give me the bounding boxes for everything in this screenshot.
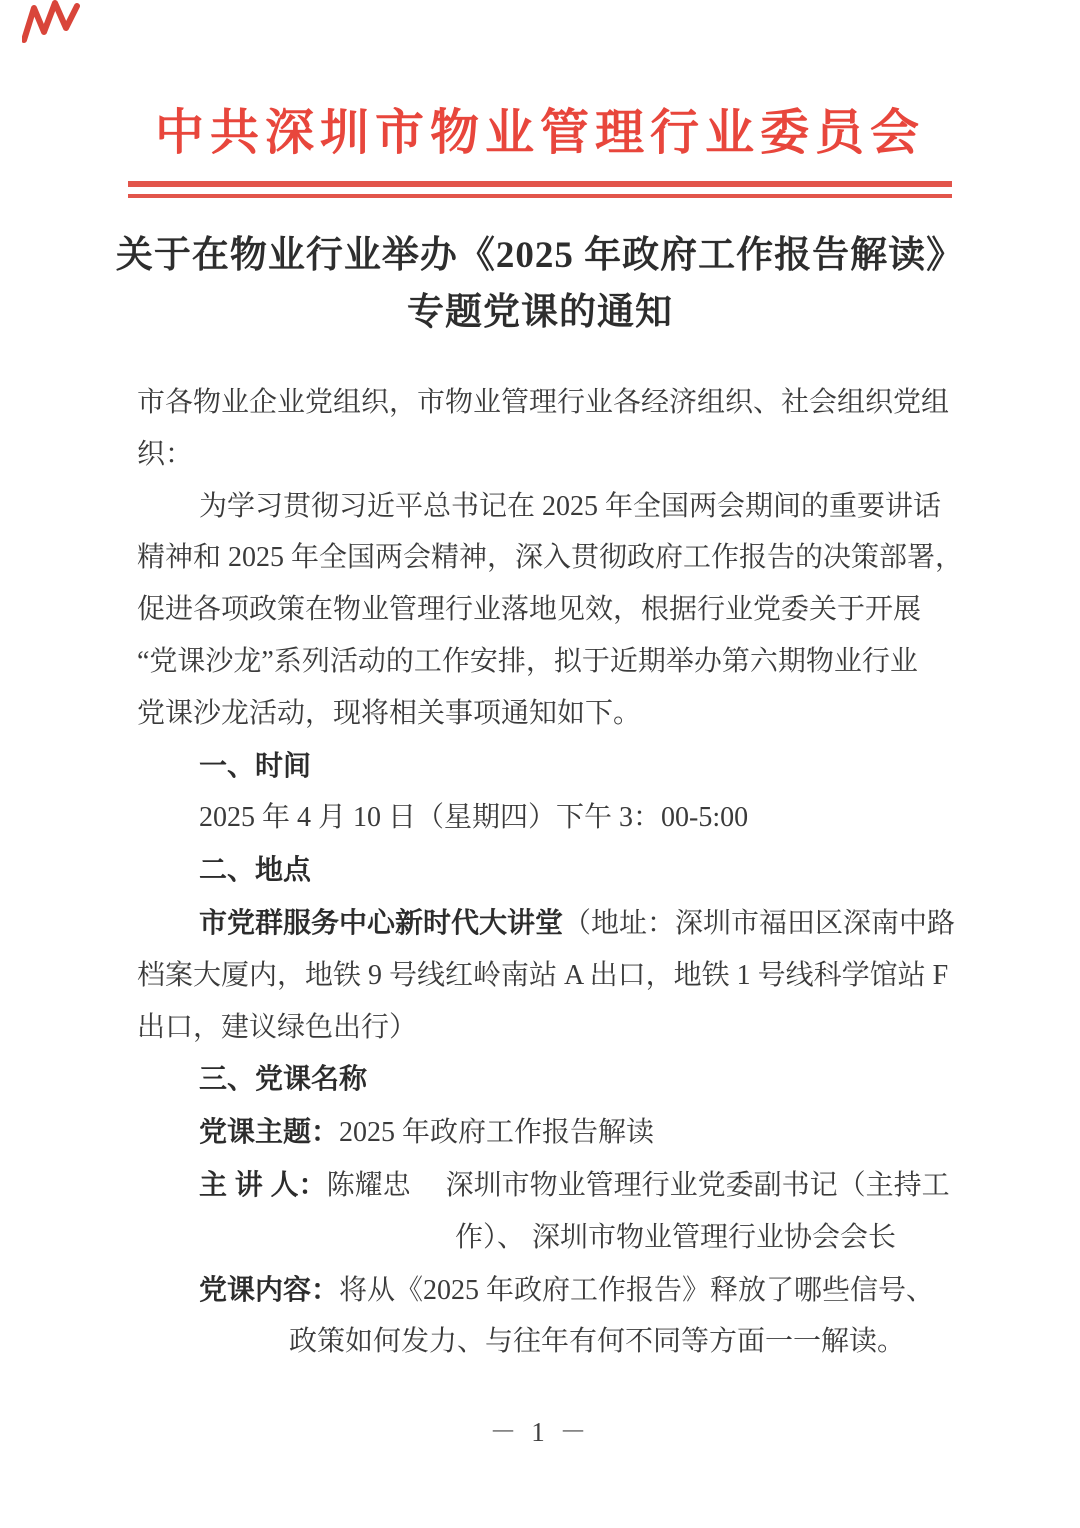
body-line: 为学习贯彻习近平总书记在 2025 年全国两会期间的重要讲话: [137, 481, 952, 533]
body-segment-bold: 党课主题：: [199, 1116, 339, 1147]
body-segment: 精神和 2025 年全国两会精神，深入贯彻政府工作报告的决策部署，: [137, 542, 963, 573]
body-line: 政策如何发力、与往年有何不同等方面一一解读。: [137, 1316, 952, 1368]
letterhead-org-name: 中共深圳市物业管理行业委员会: [0, 94, 1080, 164]
body-segment: （地址：深圳市福田区深南中路: [563, 908, 955, 939]
body-line: 党课沙龙活动，现将相关事项通知如下。: [137, 688, 952, 740]
letterhead-rule-bottom: [128, 194, 952, 198]
body-line: 档案大厦内，地铁 9 号线红岭南站 A 出口，地铁 1 号线科学馆站 F: [137, 950, 952, 1002]
body-line: 出口，建议绿色出行）: [137, 1002, 952, 1054]
body-line: 2025 年 4 月 10 日（星期四）下午 3：00-5:00: [137, 792, 952, 844]
body-segment: 陈耀忠 深圳市物业管理行业党委副书记（主持工: [327, 1170, 950, 1201]
body-line: 精神和 2025 年全国两会精神，深入贯彻政府工作报告的决策部署，: [137, 532, 952, 584]
body-segment: 政策如何发力、与往年有何不同等方面一一解读。: [289, 1326, 905, 1357]
body-segment: 档案大厦内，地铁 9 号线红岭南站 A 出口，地铁 1 号线科学馆站 F: [137, 960, 948, 991]
body-segment: 出口，建议绿色出行）: [137, 1012, 417, 1043]
body-segment: 作）、 深圳市物业管理行业协会会长: [455, 1222, 896, 1253]
body-segment: 2025 年 4 月 10 日（星期四）下午 3：00-5:00: [199, 802, 748, 833]
body-segment: 市各物业企业党组织，市物业管理行业各经济组织、社会组织党组: [137, 387, 949, 418]
document-title: 关于在物业行业举办《2025 年政府工作报告解读》 专题党课的通知: [0, 227, 1080, 341]
body-segment: 将从《2025 年政府工作报告》释放了哪些信号、: [339, 1275, 934, 1306]
body-line: 党课内容：将从《2025 年政府工作报告》释放了哪些信号、: [137, 1264, 952, 1317]
body-segment-bold: 主 讲 人：: [199, 1169, 327, 1200]
body-segment-bold: 三、党课名称: [199, 1063, 367, 1094]
body-line: 一、时间: [137, 740, 952, 793]
page-number: － 1 －: [0, 1410, 1080, 1449]
body-line: 织：: [137, 429, 952, 481]
body-line: 市党群服务中心新时代大讲堂（地址：深圳市福田区深南中路: [137, 897, 952, 950]
body-line: 促进各项政策在物业管理行业落地见效，根据行业党委关于开展: [137, 584, 952, 636]
body-line: 党课主题：2025 年政府工作报告解读: [137, 1106, 952, 1159]
document-page: 中共深圳市物业管理行业委员会 关于在物业行业举办《2025 年政府工作报告解读》…: [0, 0, 1080, 1528]
body-segment: “党课沙龙”系列活动的工作安排，拟于近期举办第六期物业行业: [137, 646, 918, 677]
body-line: 作）、 深圳市物业管理行业协会会长: [137, 1212, 952, 1264]
letterhead-rule-top: [128, 181, 952, 187]
document-title-line1: 关于在物业行业举办《2025 年政府工作报告解读》: [0, 227, 1080, 284]
body-segment: 织：: [137, 439, 193, 470]
document-title-line2: 专题党课的通知: [0, 284, 1080, 341]
body-segment-bold: 一、时间: [199, 750, 311, 781]
body-segment-bold: 市党群服务中心新时代大讲堂: [199, 907, 563, 938]
body-segment-bold: 党课内容：: [199, 1274, 339, 1305]
body-line: “党课沙龙”系列活动的工作安排，拟于近期举办第六期物业行业: [137, 636, 952, 688]
scribble-stroke: [24, 3, 77, 40]
body-segment: 促进各项政策在物业管理行业落地见效，根据行业党委关于开展: [137, 594, 921, 625]
body-line: 三、党课名称: [137, 1053, 952, 1106]
body-segment: 党课沙龙活动，现将相关事项通知如下。: [137, 698, 641, 729]
body-line: 二、地点: [137, 844, 952, 897]
body-segment-bold: 二、地点: [199, 854, 311, 885]
body-line: 主 讲 人：陈耀忠 深圳市物业管理行业党委副书记（主持工: [137, 1159, 952, 1212]
body-segment: 为学习贯彻习近平总书记在 2025 年全国两会期间的重要讲话: [199, 491, 941, 522]
body-segment: 2025 年政府工作报告解读: [339, 1117, 654, 1148]
body-text: 市各物业企业党组织，市物业管理行业各经济组织、社会组织党组织：为学习贯彻习近平总…: [137, 377, 952, 1368]
body-line: 市各物业企业党组织，市物业管理行业各经济组织、社会组织党组: [137, 377, 952, 429]
red-corner-scribble-mark: [22, 0, 80, 44]
